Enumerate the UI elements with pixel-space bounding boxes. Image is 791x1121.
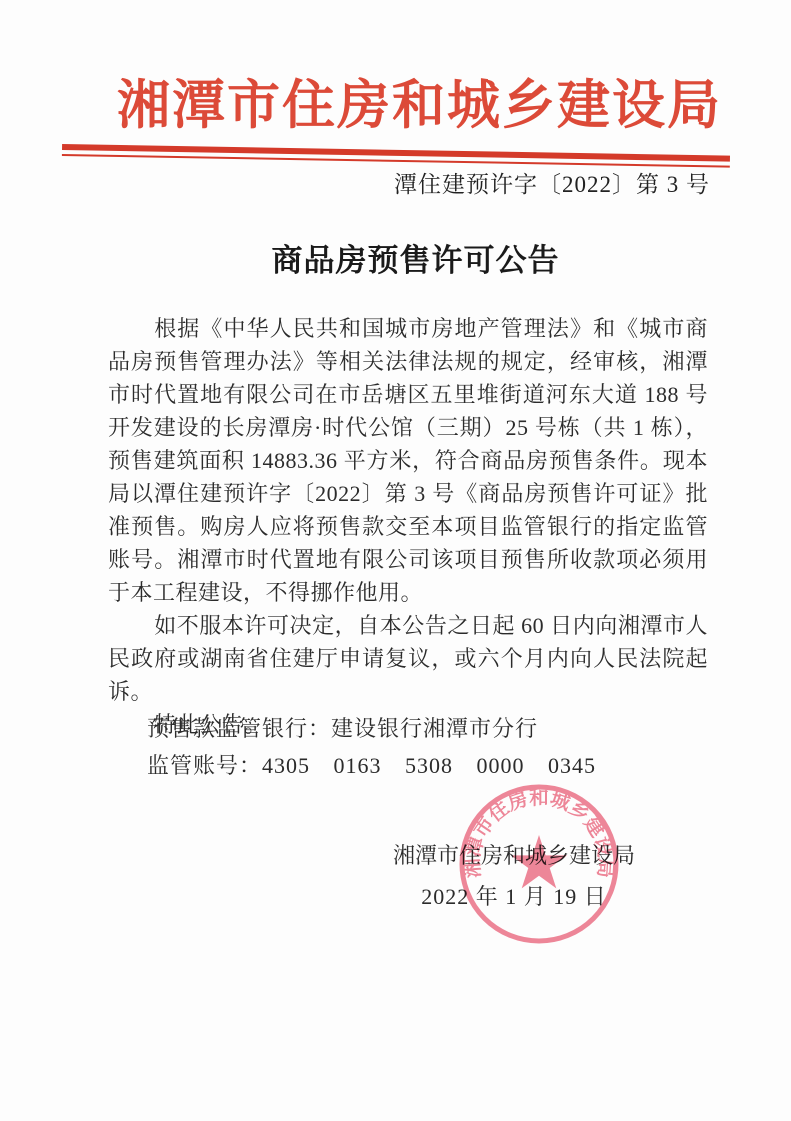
notice-body: 根据《中华人民共和国城市房地产管理法》和《城市商品房预售管理办法》等相关法律法规…	[108, 312, 708, 741]
escrow-account-number: 4305 0163 5308 0000 0345	[262, 753, 596, 778]
escrow-account-label: 监管账号：	[147, 753, 262, 778]
escrow-info-block: 预售款监管银行：建设银行湘潭市分行 监管账号：4305 0163 5308 00…	[147, 710, 596, 784]
body-paragraph-1: 根据《中华人民共和国城市房地产管理法》和《城市商品房预售管理办法》等相关法律法规…	[108, 312, 708, 609]
signature-date: 2022 年 1 月 19 日	[392, 881, 636, 912]
body-paragraph-2: 如不服本许可决定，自本公告之日起 60 日内向湘潭市人民政府或湖南省住建厅申请复…	[108, 609, 708, 708]
agency-header-title: 湘潭市住房和城乡建设局	[24, 76, 791, 136]
official-notice-page: 湘潭市住房和城乡建设局 潭住建预许字〔2022〕第 3 号 商品房预售许可公告 …	[0, 0, 791, 1121]
escrow-bank-line: 预售款监管银行：建设银行湘潭市分行	[147, 710, 596, 747]
document-number: 潭住建预许字〔2022〕第 3 号	[394, 170, 710, 200]
signature-agency: 湘潭市住房和城乡建设局	[392, 840, 636, 871]
escrow-account-line: 监管账号：4305 0163 5308 0000 0345	[147, 747, 596, 784]
notice-title: 商品房预售许可公告	[20, 241, 791, 281]
signature-block: 湘潭市住房和城乡建设局 2022 年 1 月 19 日	[392, 840, 636, 912]
red-header-rule	[62, 144, 730, 168]
